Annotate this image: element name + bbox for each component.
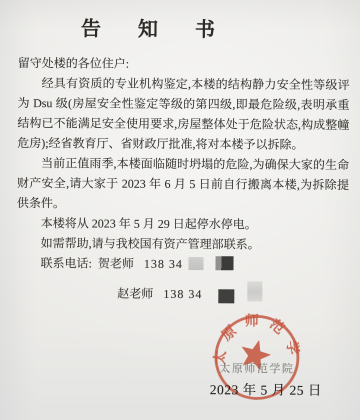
contact-teacher-name: 赵老师 <box>117 284 153 304</box>
body-paragraph: 经具有资质的专业机构鉴定,本楼的结构静力安全性等级评为 Dsu 级(房屋安全性鉴… <box>17 73 349 155</box>
redaction-block <box>247 281 262 301</box>
page-title: 告 知 书 <box>0 12 336 43</box>
notice-document: 告 知 书 留守处楼的各位住户: 经具有资质的专业机构鉴定,本楼的结构静力安全性… <box>0 0 360 420</box>
redaction-block <box>216 256 234 270</box>
contact-row: 赵老师 138 34 <box>117 278 348 305</box>
contact-phone: 138 34 <box>163 284 202 304</box>
redaction-block <box>218 289 234 303</box>
official-stamp: 太原师范学 太原师范学院 <box>206 305 317 416</box>
contact-label: 联系电话: <box>40 253 91 273</box>
redaction-block <box>189 257 204 270</box>
body-paragraph: 如需帮助,请与我校国有资产管理部联系。 <box>17 233 349 255</box>
issue-date: 2023 年 5 月 25 日 <box>210 378 340 399</box>
salutation: 留守处楼的各位住户: <box>18 53 350 75</box>
contact-teacher-name: 贺老师 <box>98 253 134 273</box>
document-body: 留守处楼的各位住户: 经具有资质的专业机构鉴定,本楼的结构静力安全性等级评为 D… <box>16 53 350 305</box>
stamp-inner-text: 太原师范学院 <box>219 361 294 375</box>
body-paragraph: 当前正值雨季,本楼面临随时坍塌的危险,为确保大家的生命财产安全,请大家于 202… <box>17 153 349 215</box>
body-paragraph: 本楼将从 2023 年 5 月 29 日起停水停电。 <box>17 213 349 235</box>
contact-row: 联系电话: 贺老师 138 34 <box>40 253 348 275</box>
contact-phone: 138 34 <box>144 254 183 274</box>
